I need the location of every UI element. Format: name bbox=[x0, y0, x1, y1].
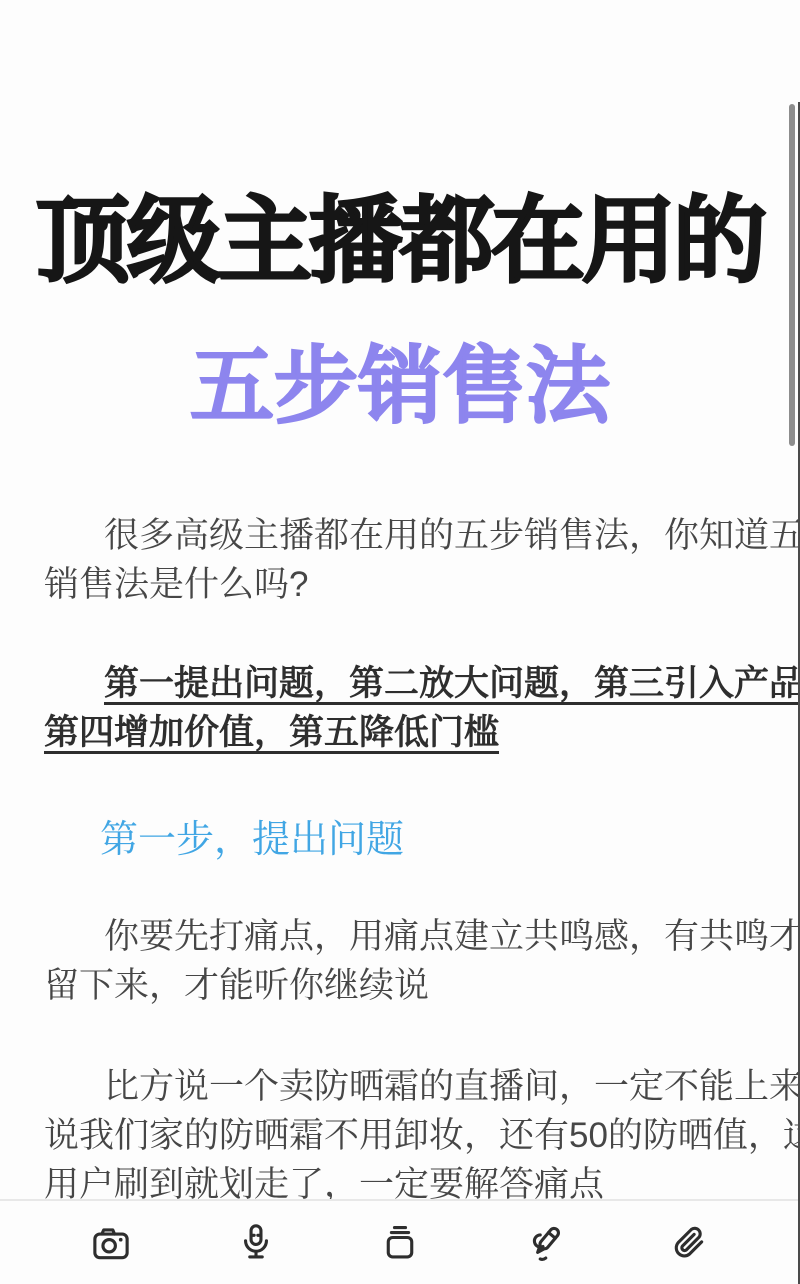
paragraph-steps-summary: 第一提出问题，第二放大问题，第三引入产品， 第四增加价值，第五降低门槛 bbox=[44, 659, 764, 757]
note-page: 顶级主播都在用的 五步销售法 很多高级主播都在用的五步销售法，你知道五步 销售法… bbox=[0, 0, 800, 1284]
page-title: 顶级主播都在用的 bbox=[0, 186, 800, 296]
text-line: 销售法是什么吗? bbox=[44, 560, 764, 609]
scrollbar-thumb[interactable] bbox=[789, 104, 795, 446]
page-subtitle: 五步销售法 bbox=[0, 338, 800, 435]
handwriting-button[interactable] bbox=[522, 1220, 568, 1266]
text-line: 你要先打痛点，用痛点建立共鸣感，有共鸣才能 bbox=[44, 912, 764, 961]
attachment-button[interactable] bbox=[666, 1220, 712, 1266]
camera-button[interactable] bbox=[88, 1220, 134, 1266]
card-box-button[interactable] bbox=[377, 1220, 423, 1266]
step1-heading: 第一步，提出问题 bbox=[44, 813, 764, 867]
camera-icon bbox=[89, 1221, 133, 1265]
text-line: 比方说一个卖防晒霜的直播间，一定不能上来就 bbox=[44, 1062, 764, 1111]
paragraph-example: 比方说一个卖防晒霜的直播间，一定不能上来就 说我们家的防晒霜不用卸妆，还有50的… bbox=[44, 1062, 764, 1209]
text-line-underlined: 第一提出问题，第二放大问题，第三引入产品， bbox=[44, 659, 764, 708]
microphone-icon bbox=[234, 1221, 278, 1265]
paragraph-pain-point: 你要先打痛点，用痛点建立共鸣感，有共鸣才能 留下来，才能听你继续说 bbox=[44, 912, 764, 1010]
text-line: 很多高级主播都在用的五步销售法，你知道五步 bbox=[44, 511, 764, 560]
text-line-underlined: 第四增加价值，第五降低门槛 bbox=[44, 708, 764, 757]
text-line: 说我们家的防晒霜不用卸妆，还有50的防晒值，这样 bbox=[44, 1111, 764, 1160]
text-line: 留下来，才能听你继续说 bbox=[44, 961, 764, 1010]
paperclip-icon bbox=[667, 1221, 711, 1265]
voice-record-button[interactable] bbox=[233, 1220, 279, 1266]
handwriting-pen-icon bbox=[523, 1221, 567, 1265]
card-box-icon bbox=[378, 1221, 422, 1265]
bottom-toolbar bbox=[0, 1199, 800, 1284]
paragraph-intro: 很多高级主播都在用的五步销售法，你知道五步 销售法是什么吗? bbox=[44, 511, 764, 609]
